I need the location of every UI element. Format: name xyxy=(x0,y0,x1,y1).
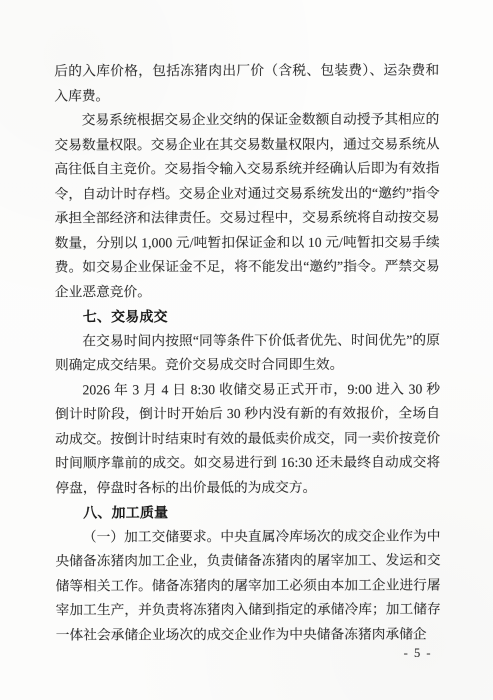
document-body: 后的入库价格，包括冻猪肉出厂价（含税、包装费）、运杂费和入库费。 交易系统根据交… xyxy=(54,58,441,647)
paragraph-price-priority-principle: 在交易时间内按照“同等条件下价低者优先、时间优先”的原则确定成交结果。竞价交易成… xyxy=(55,328,440,378)
paragraph-trading-session-schedule: 2026 年 3 月 4 日 8:30 收储交易正式开市，9:00 进入 30 … xyxy=(55,377,440,501)
page-number: - 5 - xyxy=(404,645,432,661)
section-heading-8-processing-quality: 八、加工质量 xyxy=(55,499,440,525)
paragraph-trading-system-rules: 交易系统根据交易企业交纳的保证金数额自动授予其相应的交易数量权限。交易企业在其交… xyxy=(54,107,440,304)
section-heading-7-transaction-conclusion: 七、交易成交 xyxy=(55,303,440,329)
paragraph-processing-storage-requirements: （一）加工交储要求。中央直属冷库场次的成交企业作为中央储备冻猪肉加工企业，负责储… xyxy=(55,524,440,648)
paragraph-continued-from-previous-page: 后的入库价格，包括冻猪肉出厂价（含税、包装费）、运杂费和入库费。 xyxy=(54,58,439,108)
document-page: 后的入库价格，包括冻猪肉出厂价（含税、包装费）、运杂费和入库费。 交易系统根据交… xyxy=(0,0,493,700)
